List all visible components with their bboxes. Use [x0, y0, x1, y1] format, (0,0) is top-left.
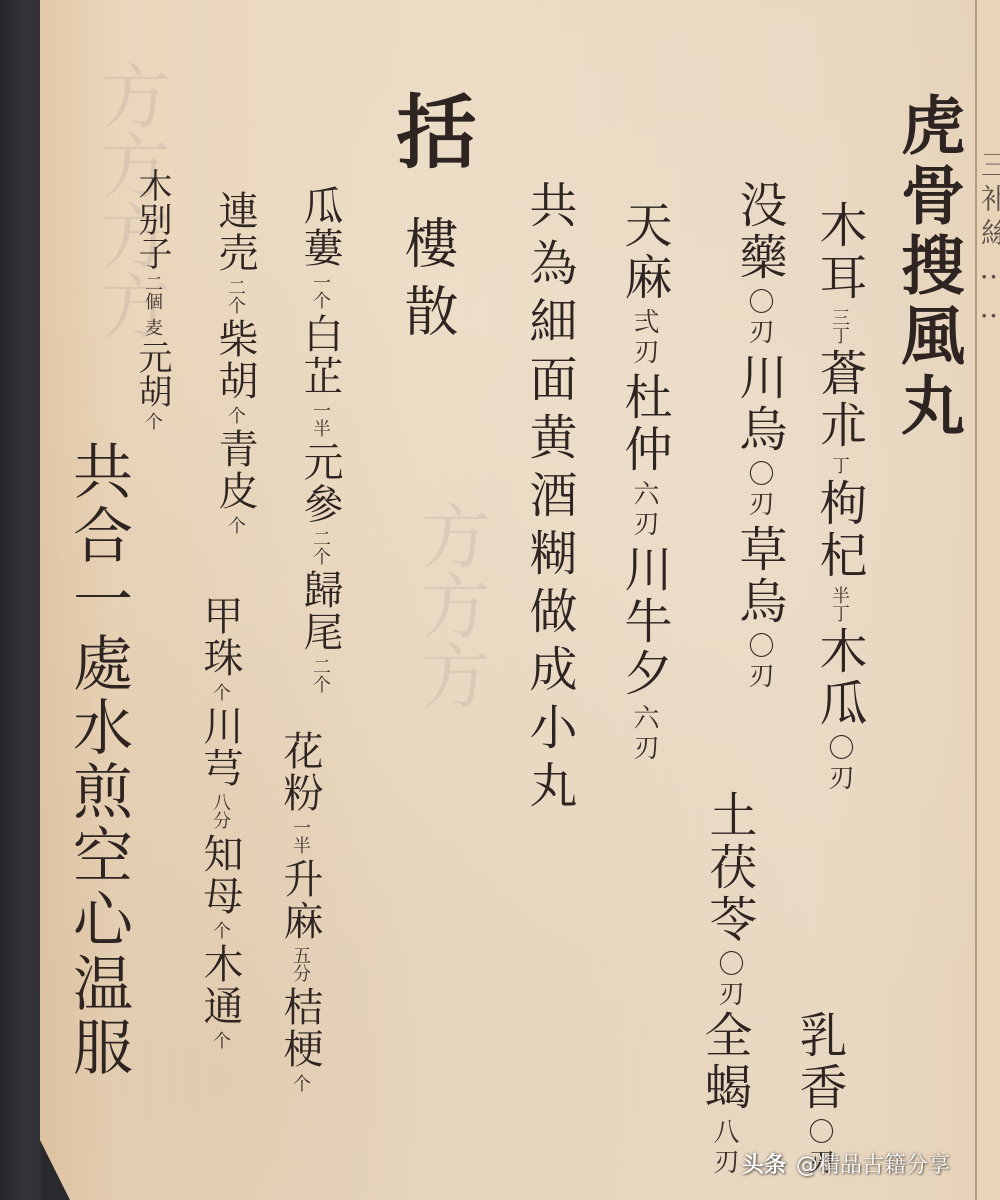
dose: 个 [143, 412, 161, 430]
ink-bleed-through: 方方方 [400, 500, 501, 710]
recipe-1-column-2: 没藥〇刃川烏〇刃草烏〇刃 [735, 180, 783, 696]
dose: 个 [211, 921, 229, 939]
herb-name: 甲珠 [197, 595, 243, 679]
watermark-account: @精品古籍分享 [796, 1153, 950, 1178]
recipe-2-column-1: 瓜蔞一个白芷一半元參二个歸尾二个 [300, 185, 340, 697]
dose: 半丁 [830, 586, 848, 622]
herb-name: 木通 [197, 943, 243, 1027]
annotation: 麦 [143, 318, 161, 336]
dose-mark: 弍刃 [631, 308, 657, 368]
dose: 二个 [311, 529, 329, 565]
herb-name: 元參 [297, 441, 343, 525]
herb-name: 木别子 [132, 168, 172, 270]
watermark: 头条@精品古籍分享 [742, 1148, 950, 1179]
herb-name: 青皮 [212, 428, 258, 512]
herb-name: 木耳 [811, 200, 867, 304]
dose: 五分 [291, 946, 309, 982]
dose: 二个 [226, 278, 244, 314]
book-binding [0, 0, 42, 1200]
next-page-text: 三补絲…… [979, 150, 1000, 330]
dose: 八分 [211, 793, 229, 829]
herb-name: 土茯苓 [701, 790, 757, 946]
dose: 三丁 [830, 308, 848, 344]
dose: 个 [226, 516, 244, 534]
dose: 一半 [291, 818, 309, 854]
herb-name: 柴胡 [212, 318, 258, 402]
dose-mark: 〇刃 [746, 288, 772, 348]
dose-mark: 六刃 [631, 480, 657, 540]
recipe-2-title-rest: 樓散 [400, 215, 454, 351]
dose: 个 [291, 1074, 309, 1092]
dose: 二個 [143, 274, 161, 310]
recipe-2-column-1b: 花粉一半升麻五分桔梗个 [280, 730, 320, 1096]
dose: 一半 [311, 401, 329, 437]
dose-mark: 六刃 [631, 704, 657, 764]
dose-mark: 〇刃 [716, 950, 742, 1010]
dose-mark: 八刃 [711, 1118, 737, 1178]
herb-name: 歸尾 [297, 569, 343, 653]
herb-name: 元胡 [132, 340, 172, 408]
herb-name: 乳香 [791, 1010, 847, 1114]
dose: 一个 [311, 273, 329, 309]
next-page-edge: 三补絲…… [977, 0, 1000, 1200]
herb-name: 全蝎 [696, 1010, 752, 1114]
herb-name: 川烏 [731, 352, 787, 456]
herb-name: 杜仲 [616, 372, 672, 476]
dose-mark: 〇刃 [746, 460, 772, 520]
herb-name: 没藥 [731, 180, 787, 284]
watermark-brand: 头条 [742, 1153, 786, 1178]
recipe-1-instructions: 共為細面黄酒糊做成小丸 [525, 180, 573, 818]
recipe-1-column-3: 天麻弍刃杜仲六刃川牛夕六刃 [620, 200, 668, 768]
herb-name: 白芷 [297, 313, 343, 397]
herb-name: 知母 [197, 833, 243, 917]
herb-name: 枸杞 [811, 478, 867, 582]
dose: 二个 [311, 657, 329, 693]
dose-mark: 〇刃 [826, 734, 852, 794]
recipe-2-column-2: 連売二个柴胡个青皮个 [215, 190, 255, 538]
recipe-2-title-first: 括 [390, 90, 470, 176]
herb-name: 連売 [212, 190, 258, 274]
recipe-2-column-3: 木别子二個麦元胡个 [135, 168, 169, 434]
herb-name: 川牛夕 [616, 544, 672, 700]
herb-name: 桔梗 [277, 986, 323, 1070]
dose: 个 [226, 406, 244, 424]
herb-name: 花粉 [277, 730, 323, 814]
dose: 个 [211, 683, 229, 701]
herb-name: 木瓜 [811, 626, 867, 730]
recipe-1-column-2b: 土茯苓〇刃 [705, 790, 753, 1014]
recipe-2-instructions: 共合一處水煎空心温服 [68, 440, 128, 1080]
recipe-1-column-1: 木耳三丁蒼朮丁枸杞半丁木瓜〇刃 [815, 200, 863, 798]
herb-name: 蒼朮 [811, 348, 867, 452]
herb-name: 瓜蔞 [297, 185, 343, 269]
herb-name: 川芎 [197, 705, 243, 789]
dose: 个 [211, 1031, 229, 1049]
herb-name: 天麻 [616, 200, 672, 304]
recipe-1-title: 虎骨搜風丸 [895, 92, 959, 442]
herb-name: 升麻 [277, 858, 323, 942]
dose-mark: 〇刃 [746, 632, 772, 692]
dose: 丁 [830, 456, 848, 474]
recipe-1-column-3b: 全蝎八刃 [700, 1010, 748, 1182]
recipe-2-column-2b: 甲珠个川芎八分知母个木通个 [200, 595, 240, 1053]
herb-name: 草烏 [731, 524, 787, 628]
